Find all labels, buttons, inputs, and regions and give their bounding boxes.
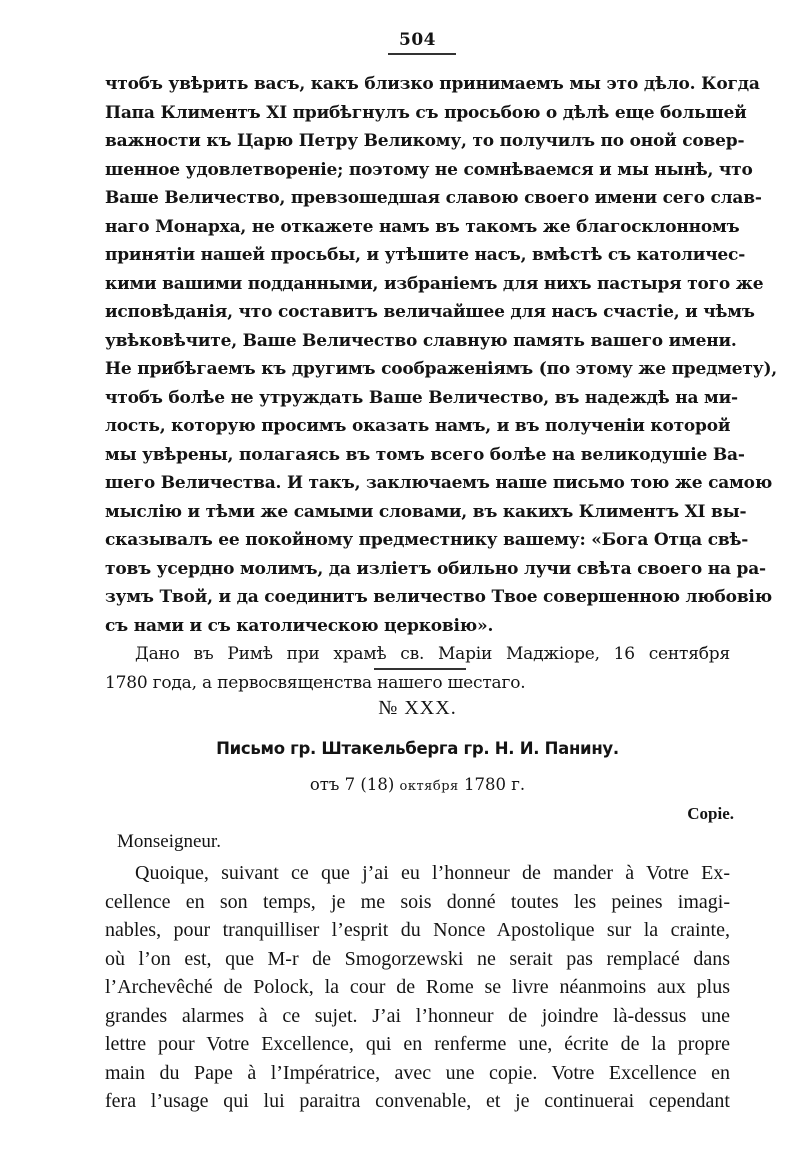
text-line: наго Монарха, не откажете намъ въ такомъ… [105, 213, 730, 241]
text-line: зумъ Твой, и да соединитъ величество Тво… [105, 583, 730, 611]
text-line: fera l’usage qui lui paraitra convenable… [105, 1087, 730, 1115]
text-line: исповѣданія, что составитъ величайшее дл… [105, 298, 730, 326]
text-line: съ нами и съ католическою церковію». [105, 612, 730, 640]
text-line: Папа Климентъ XI прибѣгнулъ съ просьбою … [105, 99, 730, 127]
date-prefix: отъ 7 (18) [310, 775, 394, 794]
text-line: шего Величества. И такъ, заключаемъ наше… [105, 469, 730, 497]
document-date: отъ 7 (18) октября 1780 г. [105, 775, 730, 794]
text-line: Не прибѣгаемъ къ другимъ соображеніямъ (… [105, 355, 730, 383]
dating-line: Дано въ Римѣ при храмѣ св. Маріи Маджіор… [105, 640, 730, 668]
document-number: № XXX. [105, 697, 730, 720]
text-line: main du Pape à l’Impératrice, avec une c… [105, 1059, 730, 1087]
text-line: товъ усердно молимъ, да изліетъ обильно … [105, 555, 730, 583]
salutation: Monseigneur. [117, 831, 221, 853]
text-line: lettre pour Votre Excellence, qui en ren… [105, 1030, 730, 1058]
text-line: Quoique, suivant ce que j’ai eu l’honneu… [105, 859, 730, 887]
text-line: принятіи нашей просьбы, и утѣшите насъ, … [105, 241, 730, 269]
text-line: лость, которую просимъ оказать намъ, и в… [105, 412, 730, 440]
section-separator [374, 668, 466, 670]
text-line: où l’on est, que M-r de Smogorzewski ne … [105, 945, 730, 973]
text-line: кими вашими подданными, избраніемъ для н… [105, 270, 730, 298]
text-line: увѣковѣчите, Ваше Величество славную пам… [105, 327, 730, 355]
date-month: октября [400, 779, 459, 794]
text-line: сказывалъ ее покойному предместнику ваше… [105, 526, 730, 554]
dating-line: 1780 года, а первосвященства нашего шест… [105, 669, 730, 697]
text-line: l’Archevêché de Polock, la cour de Rome … [105, 973, 730, 1001]
text-line: мыслію и тѣми же самыми словами, въ каки… [105, 498, 730, 526]
copy-label: Copie. [687, 804, 734, 824]
text-line: важности къ Царю Петру Великому, то полу… [105, 127, 730, 155]
date-suffix: 1780 г. [464, 775, 525, 794]
page-number: 504 [105, 30, 730, 50]
text-line: grandes alarmes à ce sujet. J’ai l’honne… [105, 1002, 730, 1030]
text-line: nables, pour tranquilliser l’esprit du N… [105, 916, 730, 944]
document-title: Письмо гр. Штакельберга гр. Н. И. Панину… [105, 739, 730, 758]
text-line: шенное удовлетвореніе; поэтому не сомнѣв… [105, 156, 730, 184]
text-line: cellence en son temps, je me sois donné … [105, 888, 730, 916]
text-line: чтобъ увѣрить васъ, какъ близко принимае… [105, 70, 730, 98]
page-number-rule [388, 53, 456, 55]
text-line: чтобъ болѣе не утруждать Ваше Величество… [105, 384, 730, 412]
text-line: Ваше Величество, превзошедшая славою сво… [105, 184, 730, 212]
text-line: мы увѣрены, полагаясь въ томъ всего болѣ… [105, 441, 730, 469]
